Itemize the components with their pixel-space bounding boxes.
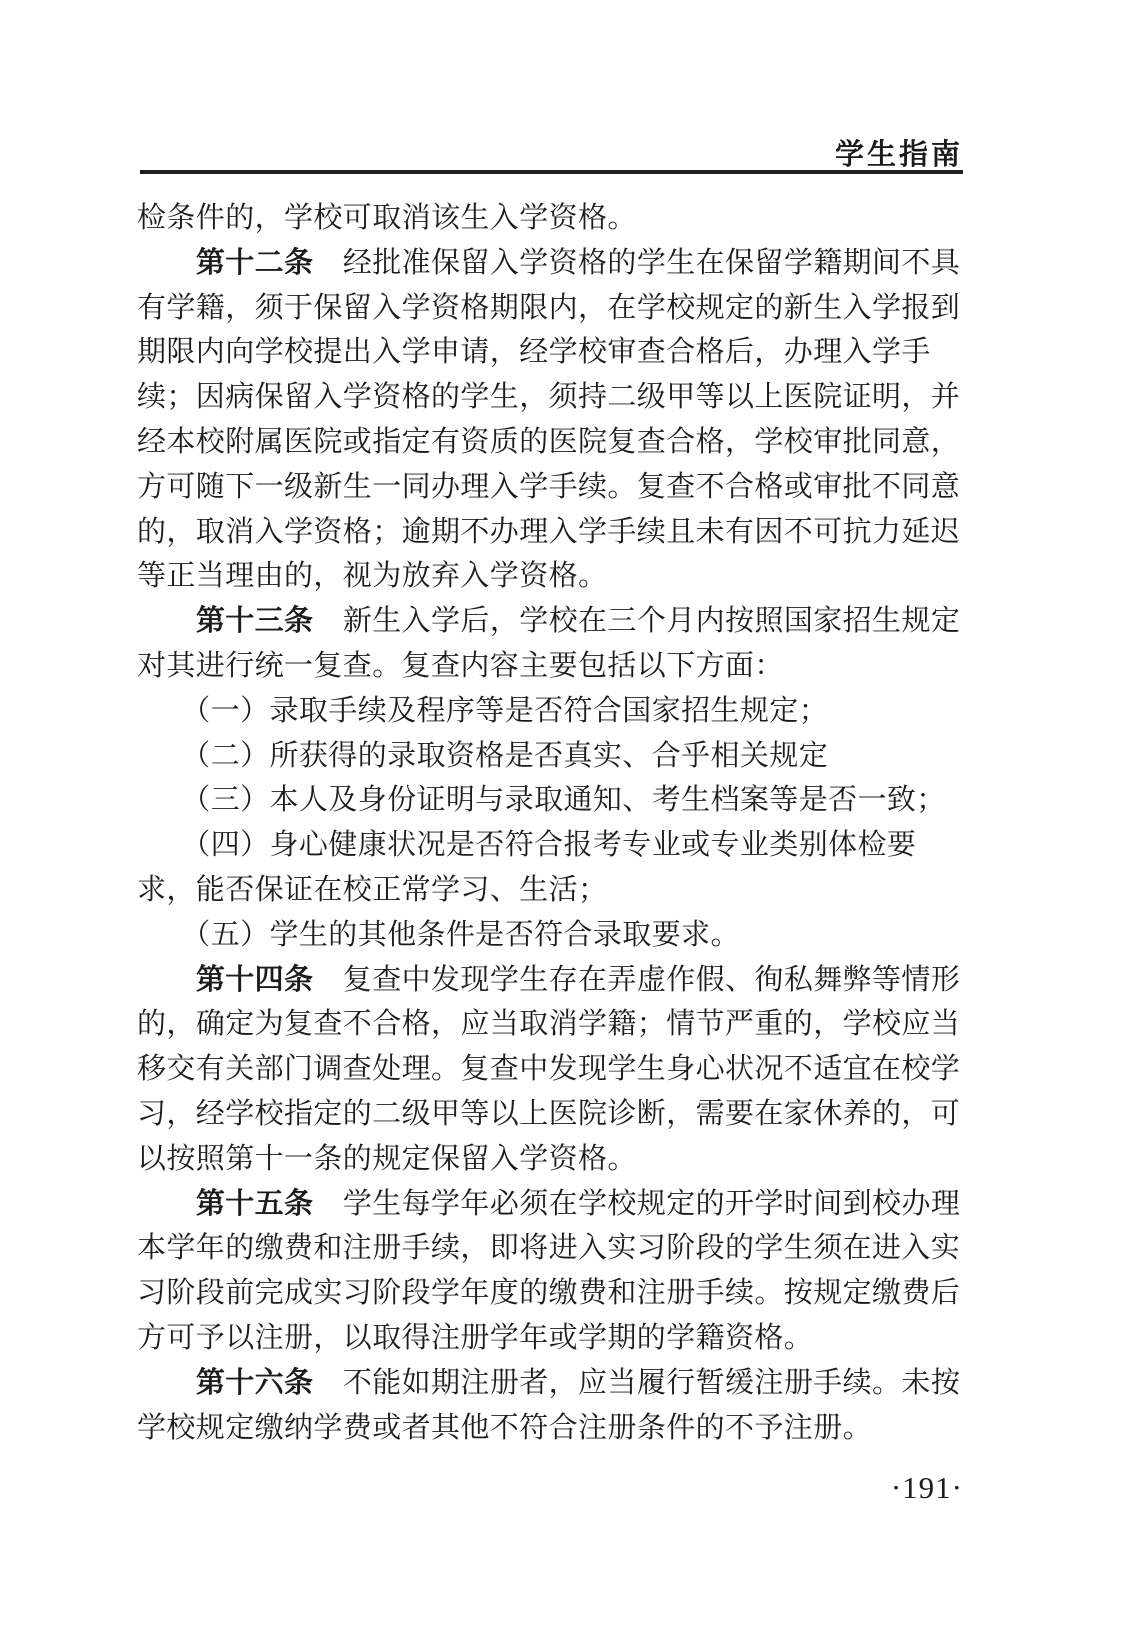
page-header-title: 学生指南: [835, 132, 963, 173]
header-rule: [140, 170, 963, 174]
text-line: 第十五条 学生每学年必须在学校规定的开学时间到校办理: [137, 1182, 965, 1227]
text-line: 有学籍，须于保留入学资格期限内，在学校规定的新生入学报到: [137, 286, 965, 331]
text-line: 第十六条 不能如期注册者，应当履行暂缓注册手续。未按: [137, 1361, 965, 1406]
text-line: 期限内向学校提出入学申请，经学校审查合格后，办理入学手: [137, 330, 965, 375]
text-line: 经本校附属医院或指定有资质的医院复查合格，学校审批同意，: [137, 420, 965, 465]
text-line: 第十二条 经批准保留入学资格的学生在保留学籍期间不具: [137, 241, 965, 286]
text-line: 学校规定缴纳学费或者其他不符合注册条件的不予注册。: [137, 1406, 965, 1451]
text-line: 本学年的缴费和注册手续，即将进入实习阶段的学生须在进入实: [137, 1226, 965, 1271]
text-line: 方可予以注册，以取得注册学年或学期的学籍资格。: [137, 1316, 965, 1361]
text-line: 第十三条 新生入学后，学校在三个月内按照国家招生规定: [137, 599, 965, 644]
text-line: （五）学生的其他条件是否符合录取要求。: [137, 913, 965, 958]
text-line: 方可随下一级新生一同办理入学手续。复查不合格或审批不同意: [137, 465, 965, 510]
text-line: （三）本人及身份证明与录取通知、考生档案等是否一致；: [137, 778, 965, 823]
document-page: 学生指南 检条件的，学校可取消该生入学资格。 第十二条 经批准保留入学资格的学生…: [0, 0, 1126, 1646]
text-line: （四）身心健康状况是否符合报考专业或专业类别体检要: [137, 823, 965, 868]
text-line: 的，确定为复查不合格，应当取消学籍；情节严重的，学校应当: [137, 1002, 965, 1047]
text-line: （二）所获得的录取资格是否真实、合乎相关规定: [137, 734, 965, 779]
text-line: 习，经学校指定的二级甲等以上医院诊断，需要在家休养的，可: [137, 1092, 965, 1137]
text-line: 习阶段前完成实习阶段学年度的缴费和注册手续。按规定缴费后: [137, 1271, 965, 1316]
text-line: 以按照第十一条的规定保留入学资格。: [137, 1137, 965, 1182]
page-number: ·191·: [891, 1470, 963, 1506]
text-line: 的，取消入学资格；逾期不办理入学手续且未有因不可抗力延迟: [137, 510, 965, 555]
body-text: 检条件的，学校可取消该生入学资格。 第十二条 经批准保留入学资格的学生在保留学籍…: [137, 196, 965, 1450]
text-line: 对其进行统一复查。复查内容主要包括以下方面：: [137, 644, 965, 689]
text-line: 等正当理由的，视为放弃入学资格。: [137, 554, 965, 599]
text-line: 续；因病保留入学资格的学生，须持二级甲等以上医院证明，并: [137, 375, 965, 420]
text-line: 求，能否保证在校正常学习、生活；: [137, 868, 965, 913]
text-line: 移交有关部门调查处理。复查中发现学生身心状况不适宜在校学: [137, 1047, 965, 1092]
text-line: 第十四条 复查中发现学生存在弄虚作假、徇私舞弊等情形: [137, 958, 965, 1003]
text-line: 检条件的，学校可取消该生入学资格。: [137, 196, 965, 241]
text-line: （一）录取手续及程序等是否符合国家招生规定；: [137, 689, 965, 734]
